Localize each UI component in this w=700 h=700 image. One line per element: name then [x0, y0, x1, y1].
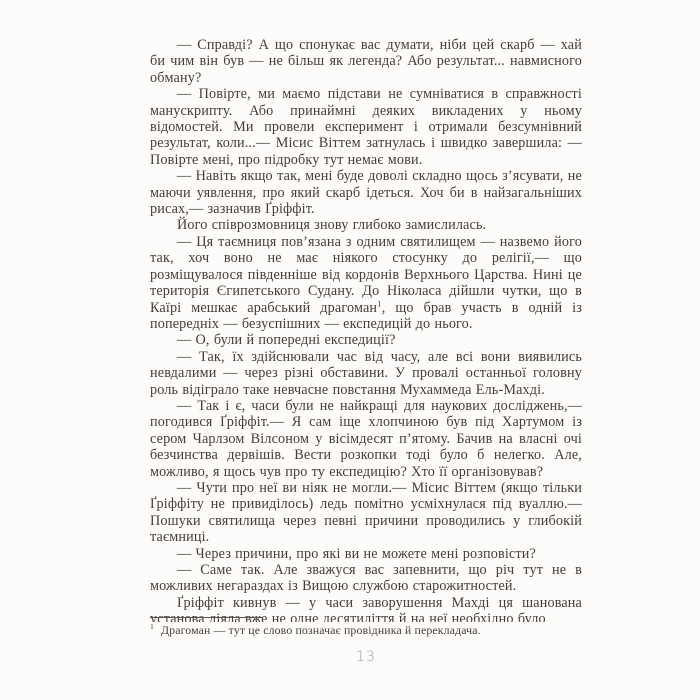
- paragraph: — Чути про неї ви ніяк не могли.— Місис …: [150, 480, 582, 546]
- paragraph: — Повірте, ми маємо підстави не сумніват…: [150, 86, 582, 168]
- paragraph: — О, були й попередні експедиції?: [150, 332, 582, 348]
- book-page: — Справді? А що спонукає вас думати, ніб…: [0, 0, 700, 700]
- paragraph: — Саме так. Але зважуся вас запевнити, щ…: [150, 562, 582, 595]
- paragraph: — Ця таємниця пов’язана з одним святилищ…: [150, 234, 582, 332]
- paragraph: Його співрозмовниця знову глибоко замисл…: [150, 217, 582, 233]
- footnote-body: Драгоман — тут це слово позначає провідн…: [161, 623, 481, 637]
- body-text: — Справді? А що спонукає вас думати, ніб…: [150, 37, 582, 622]
- footnote-text: 1Драгоман — тут це слово позначає провід…: [150, 623, 582, 637]
- paragraph: — Навіть якщо так, мені буде доволі скла…: [150, 168, 582, 217]
- footnote-divider: [150, 617, 262, 618]
- paragraph: — Так, їх здійснювали час від часу, але …: [150, 349, 582, 398]
- paragraph: — Справді? А що спонукає вас думати, ніб…: [150, 37, 582, 86]
- footnote-marker: 1: [150, 622, 154, 631]
- paragraph: — Через причини, про які ви не можете ме…: [150, 546, 582, 562]
- page-number: 13: [150, 649, 582, 665]
- paragraph: — Так і є, часи були не найкращі для нау…: [150, 398, 582, 480]
- footnote: 1Драгоман — тут це слово позначає провід…: [150, 617, 582, 637]
